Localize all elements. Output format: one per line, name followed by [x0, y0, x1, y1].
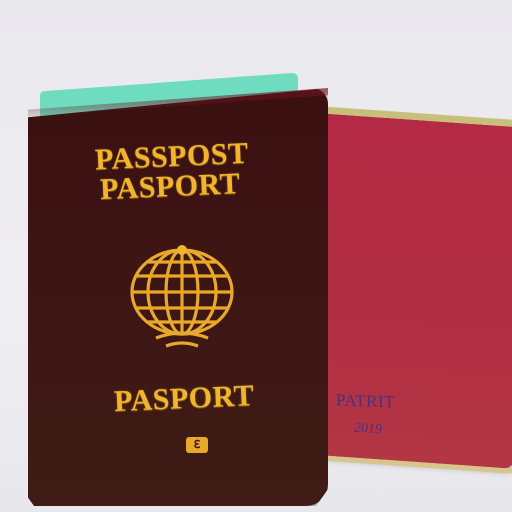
globe-icon — [126, 240, 238, 350]
small-emblem-mark: ℇ — [186, 437, 208, 453]
red-passport-year: 2019 — [354, 421, 382, 439]
passport-title-line-2: PASPORT — [99, 167, 241, 207]
red-passport-pages-bottom — [318, 455, 512, 474]
photo-scene: PATRIT 2019 PASSPOST PASPORT PASPORT ℇ — [0, 0, 512, 512]
red-passport-title: PATRIT — [336, 390, 395, 412]
red-passport: PATRIT 2019 — [318, 113, 512, 469]
red-passport-pages-top — [318, 106, 512, 127]
passport-bottom-title: PASPORT — [113, 379, 255, 419]
